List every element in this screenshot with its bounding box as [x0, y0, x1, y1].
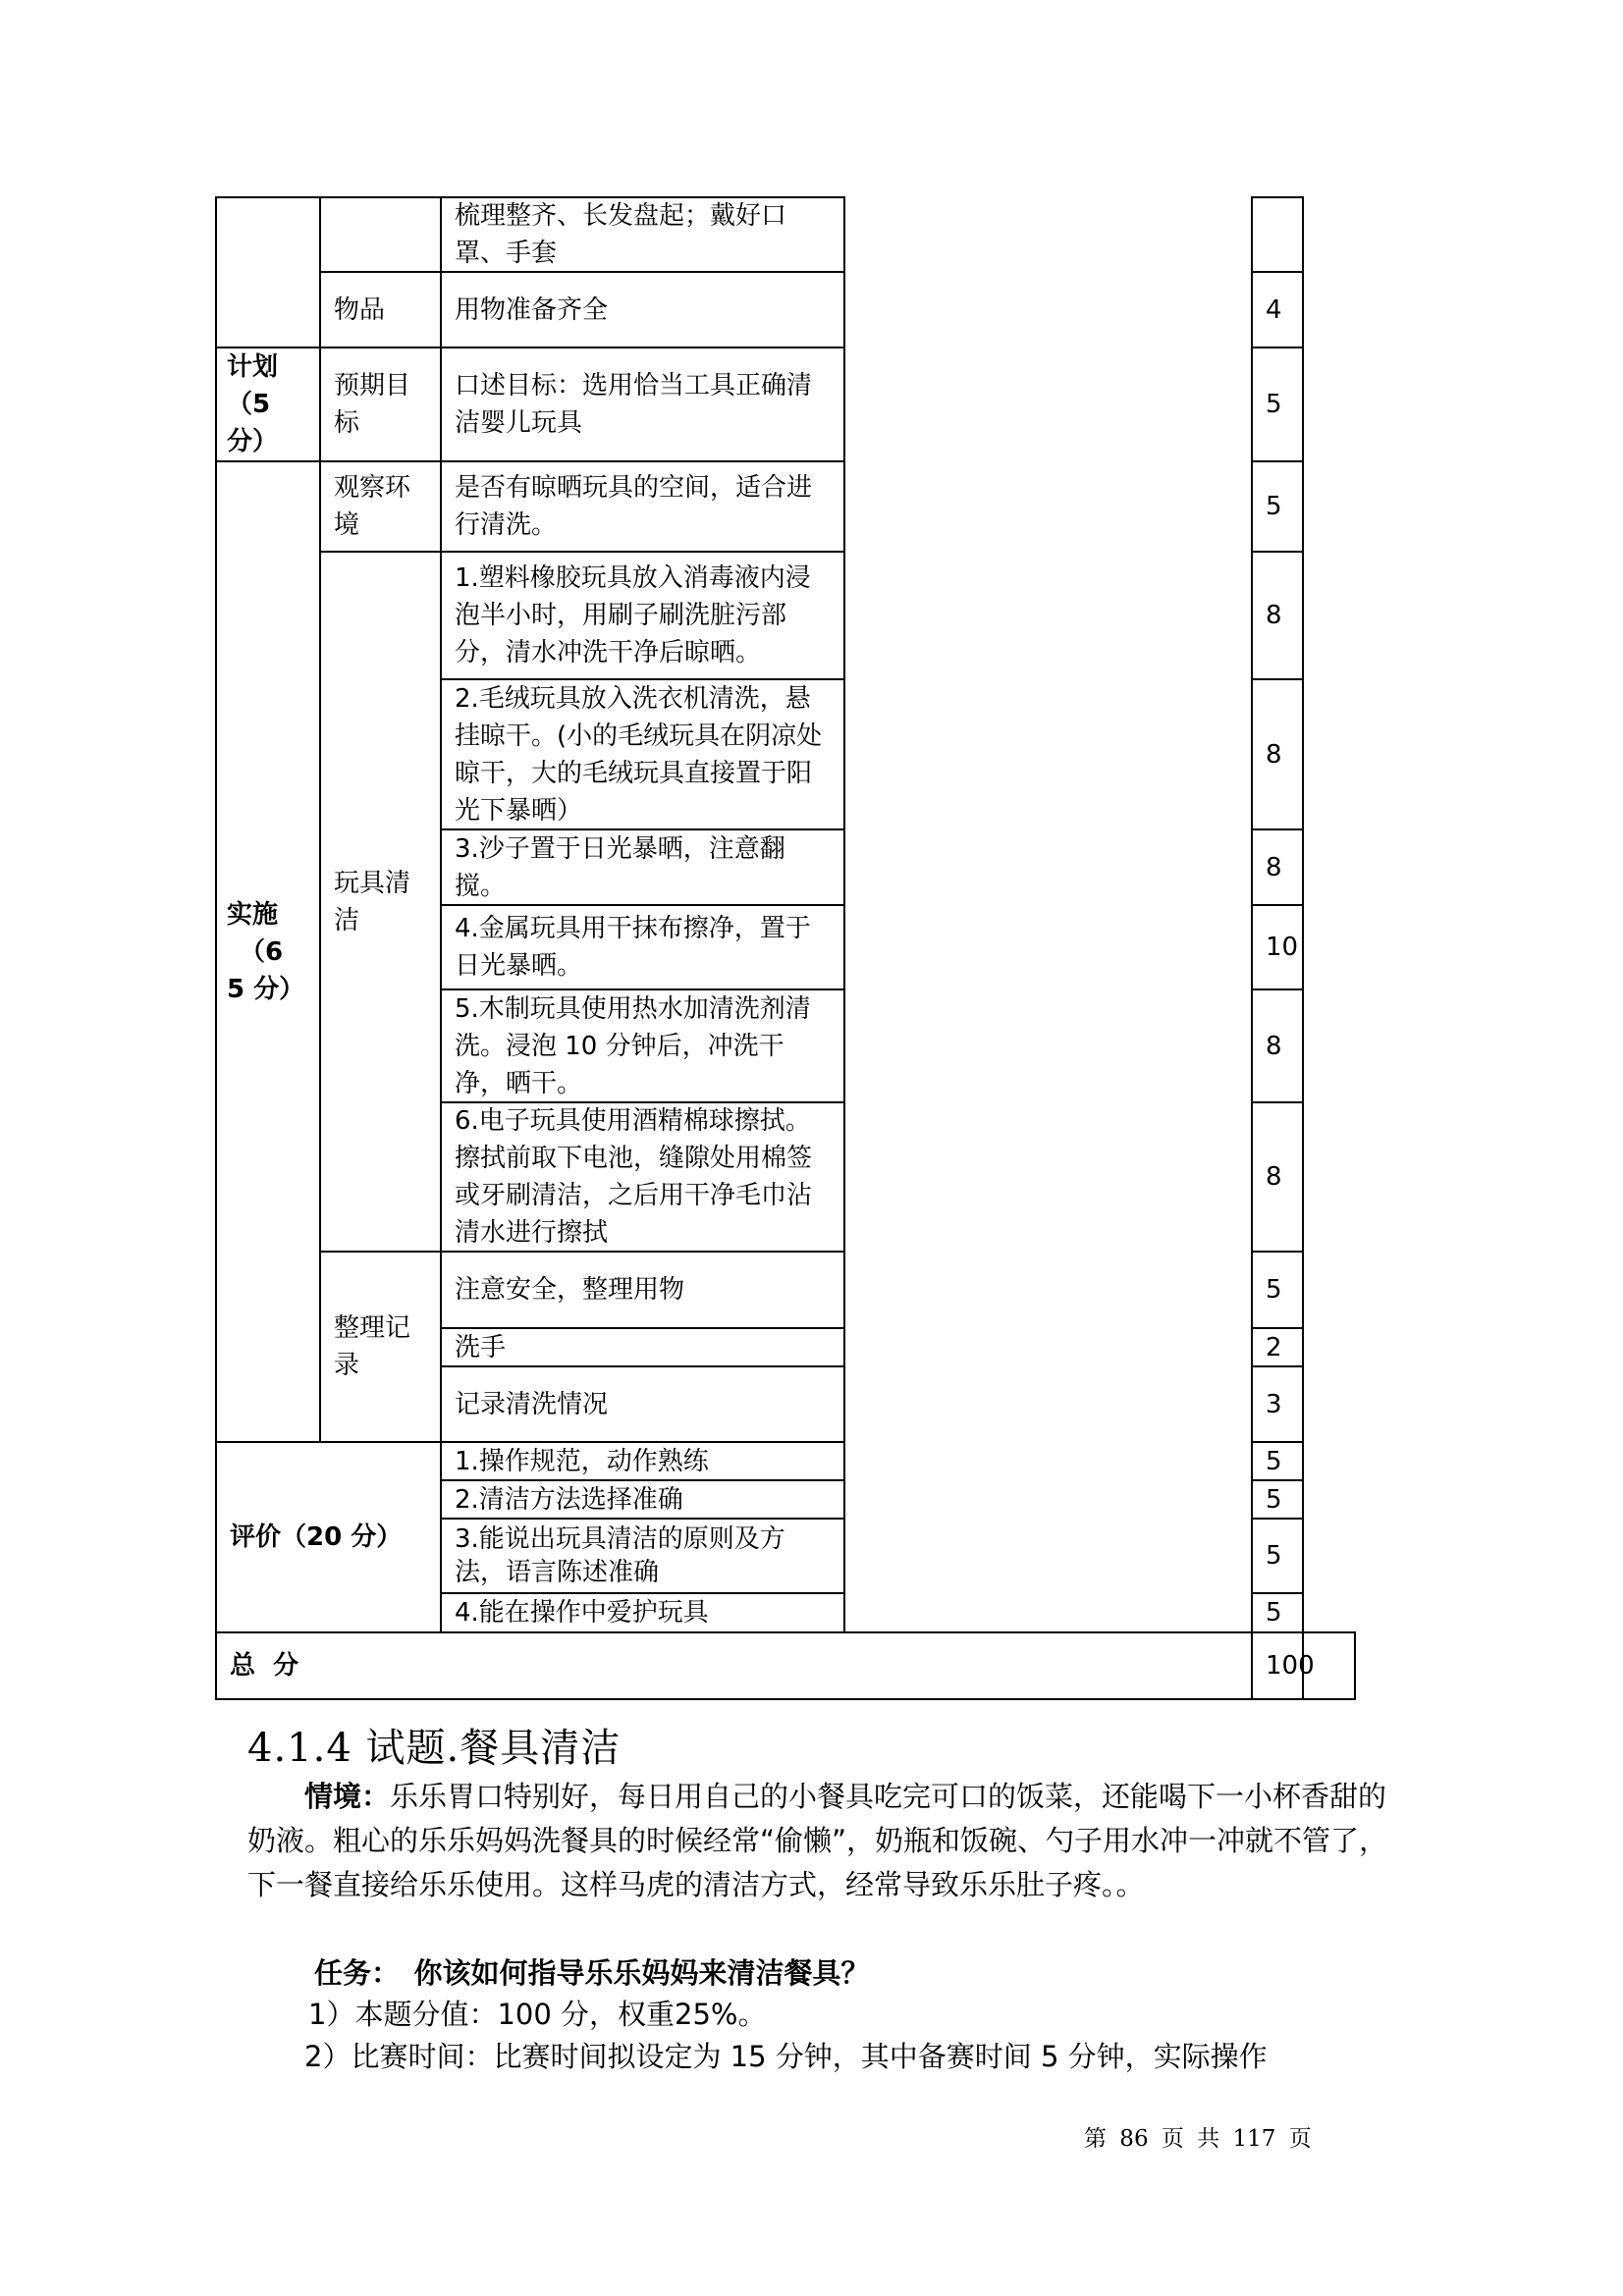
scenario-paragraph: 情境：乐乐胃口特别好，每日用自己的小餐具吃完可口的饭菜，还能喝下一小杯香甜的奶液…: [247, 1775, 1396, 1907]
content-cell: 3.能说出玩具清洁的原则及方法，语言陈述准确: [440, 1518, 845, 1594]
item-competition-time: 2）比赛时间：比赛时间拟设定为 15 分钟，其中备赛时间 5 分钟，实际操作: [247, 2035, 1453, 2079]
page-number: 第 86 页 共 117 页: [1084, 2120, 1312, 2153]
scenario-text: 乐乐胃口特别好，每日用自己的小餐具吃完可口的饭菜，还能喝下一小杯香甜的奶液。粗心…: [247, 1780, 1387, 1901]
item-score-weight: 1）本题分值：100 分，权重25%。: [247, 1993, 1457, 2037]
content-cell: 4.能在操作中爱护玩具: [440, 1592, 845, 1633]
task-paragraph: 任务： 你该如何指导乐乐妈妈来清洁餐具？: [247, 1951, 1463, 1996]
item-cell: 物品: [319, 271, 442, 348]
scoring-table: 计划 （5 分）实施 （6 5 分）评价（20 分）总 分100物品预期目标观察…: [0, 0, 1623, 1728]
section-heading: 4.1.4 试题.餐具清洁: [247, 1725, 621, 1772]
score-cell: 5: [1251, 347, 1304, 462]
section-cell-evaluate: 评价（20 分）: [215, 1441, 442, 1633]
score-cell: 5: [1251, 1592, 1304, 1633]
score-cell: 4: [1251, 271, 1304, 348]
total-label-cell: 总 分: [215, 1631, 1253, 1700]
section-cell-implement: 实施 （6 5 分）: [215, 460, 321, 1443]
score-cell: [1251, 196, 1304, 273]
score-cell: 5: [1251, 1518, 1304, 1594]
total-deduction-cell: [1302, 1631, 1356, 1700]
item-cell: 预期目标: [319, 347, 442, 462]
scenario-label: 情境：: [304, 1780, 390, 1813]
content-cell: 梳理整齐、长发盘起；戴好口罩、手套: [440, 196, 845, 273]
content-cell: 用物准备齐全: [440, 271, 845, 348]
score-cell: 10: [1251, 904, 1304, 990]
total-score-cell: 100: [1251, 1631, 1304, 1700]
task-label: 任务：: [314, 1956, 386, 1990]
content-cell: 4.金属玩具用干抹布擦净，置于日光暴晒。: [440, 904, 845, 990]
score-cell: 8: [1251, 678, 1304, 830]
score-cell: 8: [1251, 828, 1304, 906]
content-cell: 是否有晾晒玩具的空间，适合进行清洗。: [440, 460, 845, 553]
content-cell: 6.电子玩具使用酒精棉球擦拭。擦拭前取下电池，缝隙处用棉签或牙刷清洁，之后用干净…: [440, 1101, 845, 1253]
score-cell: 5: [1251, 460, 1304, 553]
task-text: 你该如何指导乐乐妈妈来清洁餐具？: [386, 1956, 870, 1990]
score-cell: 8: [1251, 988, 1304, 1103]
document-page: 计划 （5 分）实施 （6 5 分）评价（20 分）总 分100物品预期目标观察…: [0, 0, 1623, 2296]
score-cell: 2: [1251, 1327, 1304, 1367]
score-cell: 8: [1251, 1101, 1304, 1253]
content-cell: 2.清洁方法选择准确: [440, 1479, 845, 1520]
item-cell-organize-record: 整理记录: [319, 1251, 442, 1443]
section-cell-plan: 计划 （5 分）: [215, 347, 321, 462]
score-cell: 8: [1251, 551, 1304, 680]
item-cell: 观察环境: [319, 460, 442, 553]
content-cell: 1.操作规范，动作熟练: [440, 1441, 845, 1481]
score-cell: 5: [1251, 1441, 1304, 1481]
item-cell-toy-cleaning: 玩具清洁: [319, 551, 442, 1253]
section-cell-prep: [215, 196, 321, 348]
content-cell: 记录清洗情况: [440, 1365, 845, 1443]
content-cell: 5.木制玩具使用热水加清洗剂清洗。浸泡 10 分钟后，冲洗干净，晒干。: [440, 988, 845, 1103]
content-cell: 3.沙子置于日光暴晒，注意翻搅。: [440, 828, 845, 906]
content-cell: 1.塑料橡胶玩具放入消毒液内浸泡半小时，用刷子刷洗脏污部分，清水冲洗干净后晾晒。: [440, 551, 845, 680]
score-cell: 5: [1251, 1479, 1304, 1520]
score-cell: 3: [1251, 1365, 1304, 1443]
content-cell: 口述目标：选用恰当工具正确清洁婴儿玩具: [440, 347, 845, 462]
content-cell: 洗手: [440, 1327, 845, 1367]
score-cell: 5: [1251, 1251, 1304, 1329]
content-cell: 注意安全，整理用物: [440, 1251, 845, 1329]
content-cell: 2.毛绒玩具放入洗衣机清洗，悬挂晾干。(小的毛绒玩具在阴凉处晾干，大的毛绒玩具直…: [440, 678, 845, 830]
item-cell: [319, 196, 442, 273]
